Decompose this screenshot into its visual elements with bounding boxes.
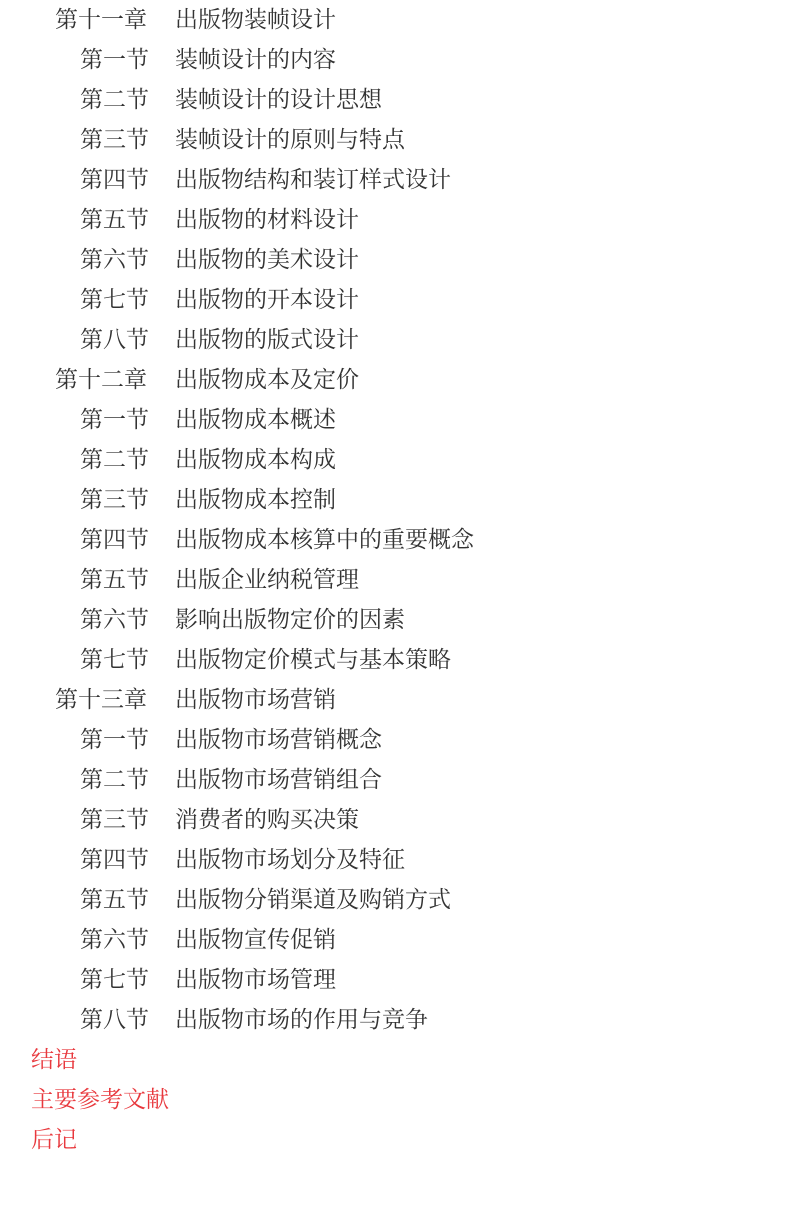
toc-section-entry[interactable]: 第五节出版物的材料设计 xyxy=(0,200,790,240)
toc-entry-title: 出版企业纳税管理 xyxy=(175,560,359,600)
toc-entry-title: 出版物市场的作用与竞争 xyxy=(175,1000,428,1040)
toc-entry-number: 第三节 xyxy=(80,800,149,840)
toc-entry-number: 第八节 xyxy=(80,320,149,360)
toc-entry-number: 第三节 xyxy=(80,480,149,520)
toc-section-entry[interactable]: 第一节装帧设计的内容 xyxy=(0,40,790,80)
toc-section-entry[interactable]: 第八节出版物的版式设计 xyxy=(0,320,790,360)
toc-chapter-entry[interactable]: 第十一章出版物装帧设计 xyxy=(0,0,790,40)
toc-section-entry[interactable]: 第六节影响出版物定价的因素 xyxy=(0,600,790,640)
toc-entry-title: 影响出版物定价的因素 xyxy=(175,600,405,640)
toc-entry-title: 出版物分销渠道及购销方式 xyxy=(175,880,451,920)
toc-section-entry[interactable]: 第四节出版物结构和装订样式设计 xyxy=(0,160,790,200)
toc-entry-number: 第七节 xyxy=(80,640,149,680)
toc-entry-number: 第六节 xyxy=(80,600,149,640)
toc-entry-title: 消费者的购买决策 xyxy=(175,800,359,840)
toc-section-entry[interactable]: 第五节出版物分销渠道及购销方式 xyxy=(0,880,790,920)
toc-entry-number: 第四节 xyxy=(80,840,149,880)
toc-entry-title: 出版物的开本设计 xyxy=(175,280,359,320)
toc-entry-number: 第六节 xyxy=(80,920,149,960)
toc-entry-number: 第四节 xyxy=(80,160,149,200)
toc-entry-title: 出版物装帧设计 xyxy=(175,0,336,40)
toc-entry-title: 出版物成本概述 xyxy=(175,400,336,440)
toc-entry-title: 出版物的版式设计 xyxy=(175,320,359,360)
toc-entry-title: 出版物成本核算中的重要概念 xyxy=(175,520,474,560)
toc-backmatter-link[interactable]: 后记 xyxy=(0,1120,790,1160)
toc-entry-number: 第四节 xyxy=(80,520,149,560)
toc-section-entry[interactable]: 第三节出版物成本控制 xyxy=(0,480,790,520)
toc-entry-title: 出版物市场管理 xyxy=(175,960,336,1000)
toc-backmatter-link[interactable]: 主要参考文献 xyxy=(0,1080,790,1120)
toc-section-entry[interactable]: 第二节出版物成本构成 xyxy=(0,440,790,480)
toc-entry-title: 出版物市场营销组合 xyxy=(175,760,382,800)
toc-section-entry[interactable]: 第八节出版物市场的作用与竞争 xyxy=(0,1000,790,1040)
toc-entry-title: 出版物市场营销 xyxy=(175,680,336,720)
toc-entry-title: 装帧设计的内容 xyxy=(175,40,336,80)
toc-entry-number: 第十一章 xyxy=(55,0,147,40)
toc-entry-title: 出版物的材料设计 xyxy=(175,200,359,240)
toc-entry-title: 装帧设计的设计思想 xyxy=(175,80,382,120)
toc-section-entry[interactable]: 第七节出版物定价模式与基本策略 xyxy=(0,640,790,680)
toc-entry-number: 第八节 xyxy=(80,1000,149,1040)
toc-section-entry[interactable]: 第一节出版物市场营销概念 xyxy=(0,720,790,760)
toc-section-entry[interactable]: 第一节出版物成本概述 xyxy=(0,400,790,440)
toc-entry-title: 出版物定价模式与基本策略 xyxy=(175,640,451,680)
toc-section-entry[interactable]: 第四节出版物成本核算中的重要概念 xyxy=(0,520,790,560)
toc-entry-number: 第二节 xyxy=(80,760,149,800)
toc-entry-number: 第五节 xyxy=(80,200,149,240)
toc-backmatter-link[interactable]: 结语 xyxy=(0,1040,790,1080)
toc-entry-number: 第二节 xyxy=(80,80,149,120)
toc-section-entry[interactable]: 第七节出版物市场管理 xyxy=(0,960,790,1000)
toc-entry-number: 第七节 xyxy=(80,280,149,320)
toc-entry-title: 出版物结构和装订样式设计 xyxy=(175,160,451,200)
toc-entry-number: 第二节 xyxy=(80,440,149,480)
toc-section-entry[interactable]: 第二节出版物市场营销组合 xyxy=(0,760,790,800)
toc-entry-number: 第五节 xyxy=(80,560,149,600)
toc-section-entry[interactable]: 第三节消费者的购买决策 xyxy=(0,800,790,840)
toc-section-entry[interactable]: 第五节出版企业纳税管理 xyxy=(0,560,790,600)
toc-entry-title: 出版物市场划分及特征 xyxy=(175,840,405,880)
toc-entry-number: 第一节 xyxy=(80,720,149,760)
toc-entry-title: 出版物市场营销概念 xyxy=(175,720,382,760)
table-of-contents: 第十一章出版物装帧设计第一节装帧设计的内容第二节装帧设计的设计思想第三节装帧设计… xyxy=(0,0,790,1160)
toc-entry-number: 第十三章 xyxy=(55,680,147,720)
toc-entry-number: 第十二章 xyxy=(55,360,147,400)
toc-entry-number: 第一节 xyxy=(80,40,149,80)
toc-section-entry[interactable]: 第三节装帧设计的原则与特点 xyxy=(0,120,790,160)
toc-entry-title: 出版物成本控制 xyxy=(175,480,336,520)
toc-chapter-entry[interactable]: 第十二章出版物成本及定价 xyxy=(0,360,790,400)
toc-entry-number: 第五节 xyxy=(80,880,149,920)
toc-section-entry[interactable]: 第二节装帧设计的设计思想 xyxy=(0,80,790,120)
toc-entry-number: 第七节 xyxy=(80,960,149,1000)
toc-section-entry[interactable]: 第六节出版物宣传促销 xyxy=(0,920,790,960)
toc-entry-title: 出版物的美术设计 xyxy=(175,240,359,280)
toc-section-entry[interactable]: 第七节出版物的开本设计 xyxy=(0,280,790,320)
toc-entry-number: 第六节 xyxy=(80,240,149,280)
toc-entry-number: 第一节 xyxy=(80,400,149,440)
toc-section-entry[interactable]: 第四节出版物市场划分及特征 xyxy=(0,840,790,880)
toc-section-entry[interactable]: 第六节出版物的美术设计 xyxy=(0,240,790,280)
toc-entry-title: 结语 xyxy=(31,1040,77,1080)
toc-chapter-entry[interactable]: 第十三章出版物市场营销 xyxy=(0,680,790,720)
toc-entry-title: 出版物成本构成 xyxy=(175,440,336,480)
toc-entry-title: 装帧设计的原则与特点 xyxy=(175,120,405,160)
toc-entry-title: 后记 xyxy=(31,1120,77,1160)
toc-entry-title: 主要参考文献 xyxy=(31,1080,169,1120)
toc-entry-title: 出版物成本及定价 xyxy=(175,360,359,400)
toc-entry-number: 第三节 xyxy=(80,120,149,160)
toc-entry-title: 出版物宣传促销 xyxy=(175,920,336,960)
